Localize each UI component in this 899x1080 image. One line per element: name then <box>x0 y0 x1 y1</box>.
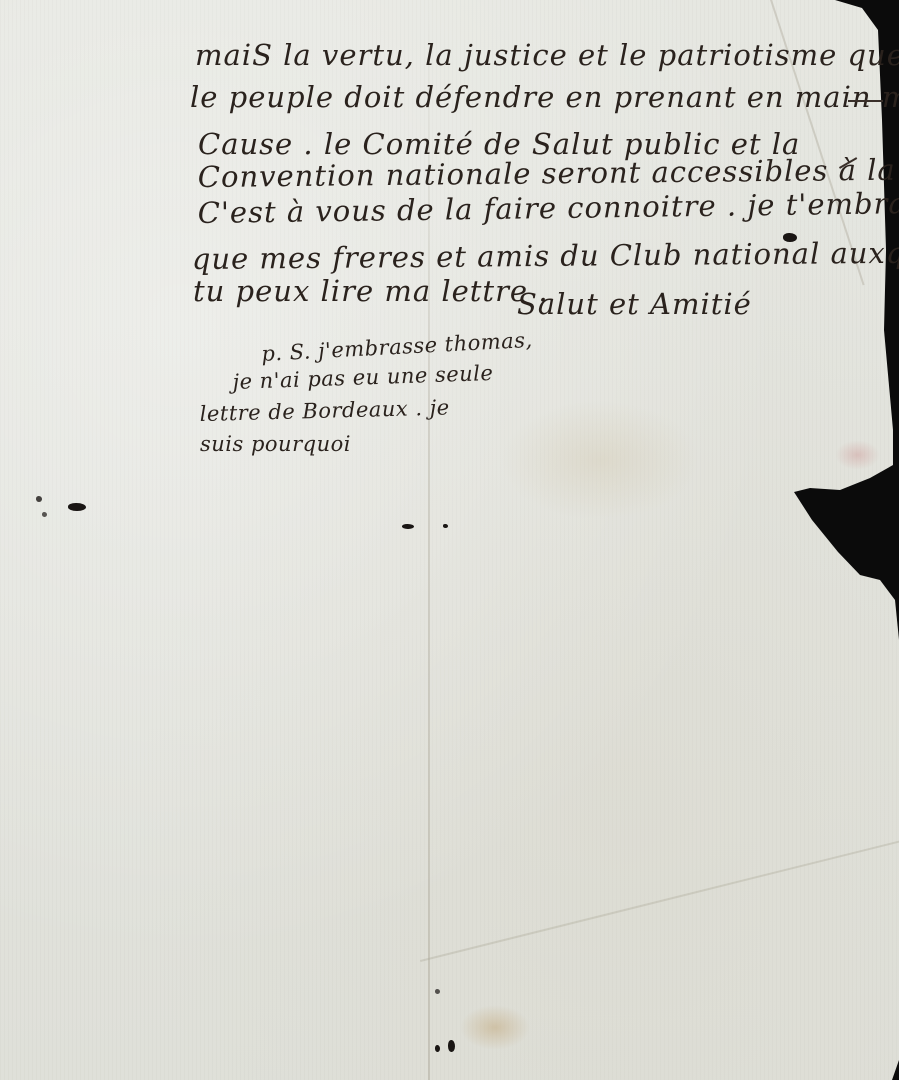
body-line-7: tu peux lire ma lettre . <box>193 274 549 308</box>
document-viewport: maiS la vertu, la justice et le patrioti… <box>0 0 899 1080</box>
manuscript-text: maiS la vertu, la justice et le patrioti… <box>0 0 899 1080</box>
body-line-2: le peuple doit défendre en prenant en ma… <box>190 80 899 114</box>
postscript-line-4: suis pourquoi <box>200 432 351 456</box>
postscript-line-3: lettre de Bordeaux . je <box>199 395 450 426</box>
closing-salutation: Salut et Amitié <box>517 287 752 321</box>
body-line-6: que mes freres et amis du Club national … <box>192 235 899 276</box>
postscript-line-2: je n'ai pas eu une seule <box>232 361 494 394</box>
body-line-1: maiS la vertu, la justice et le patrioti… <box>195 38 899 72</box>
line-end-flourish <box>848 100 883 102</box>
